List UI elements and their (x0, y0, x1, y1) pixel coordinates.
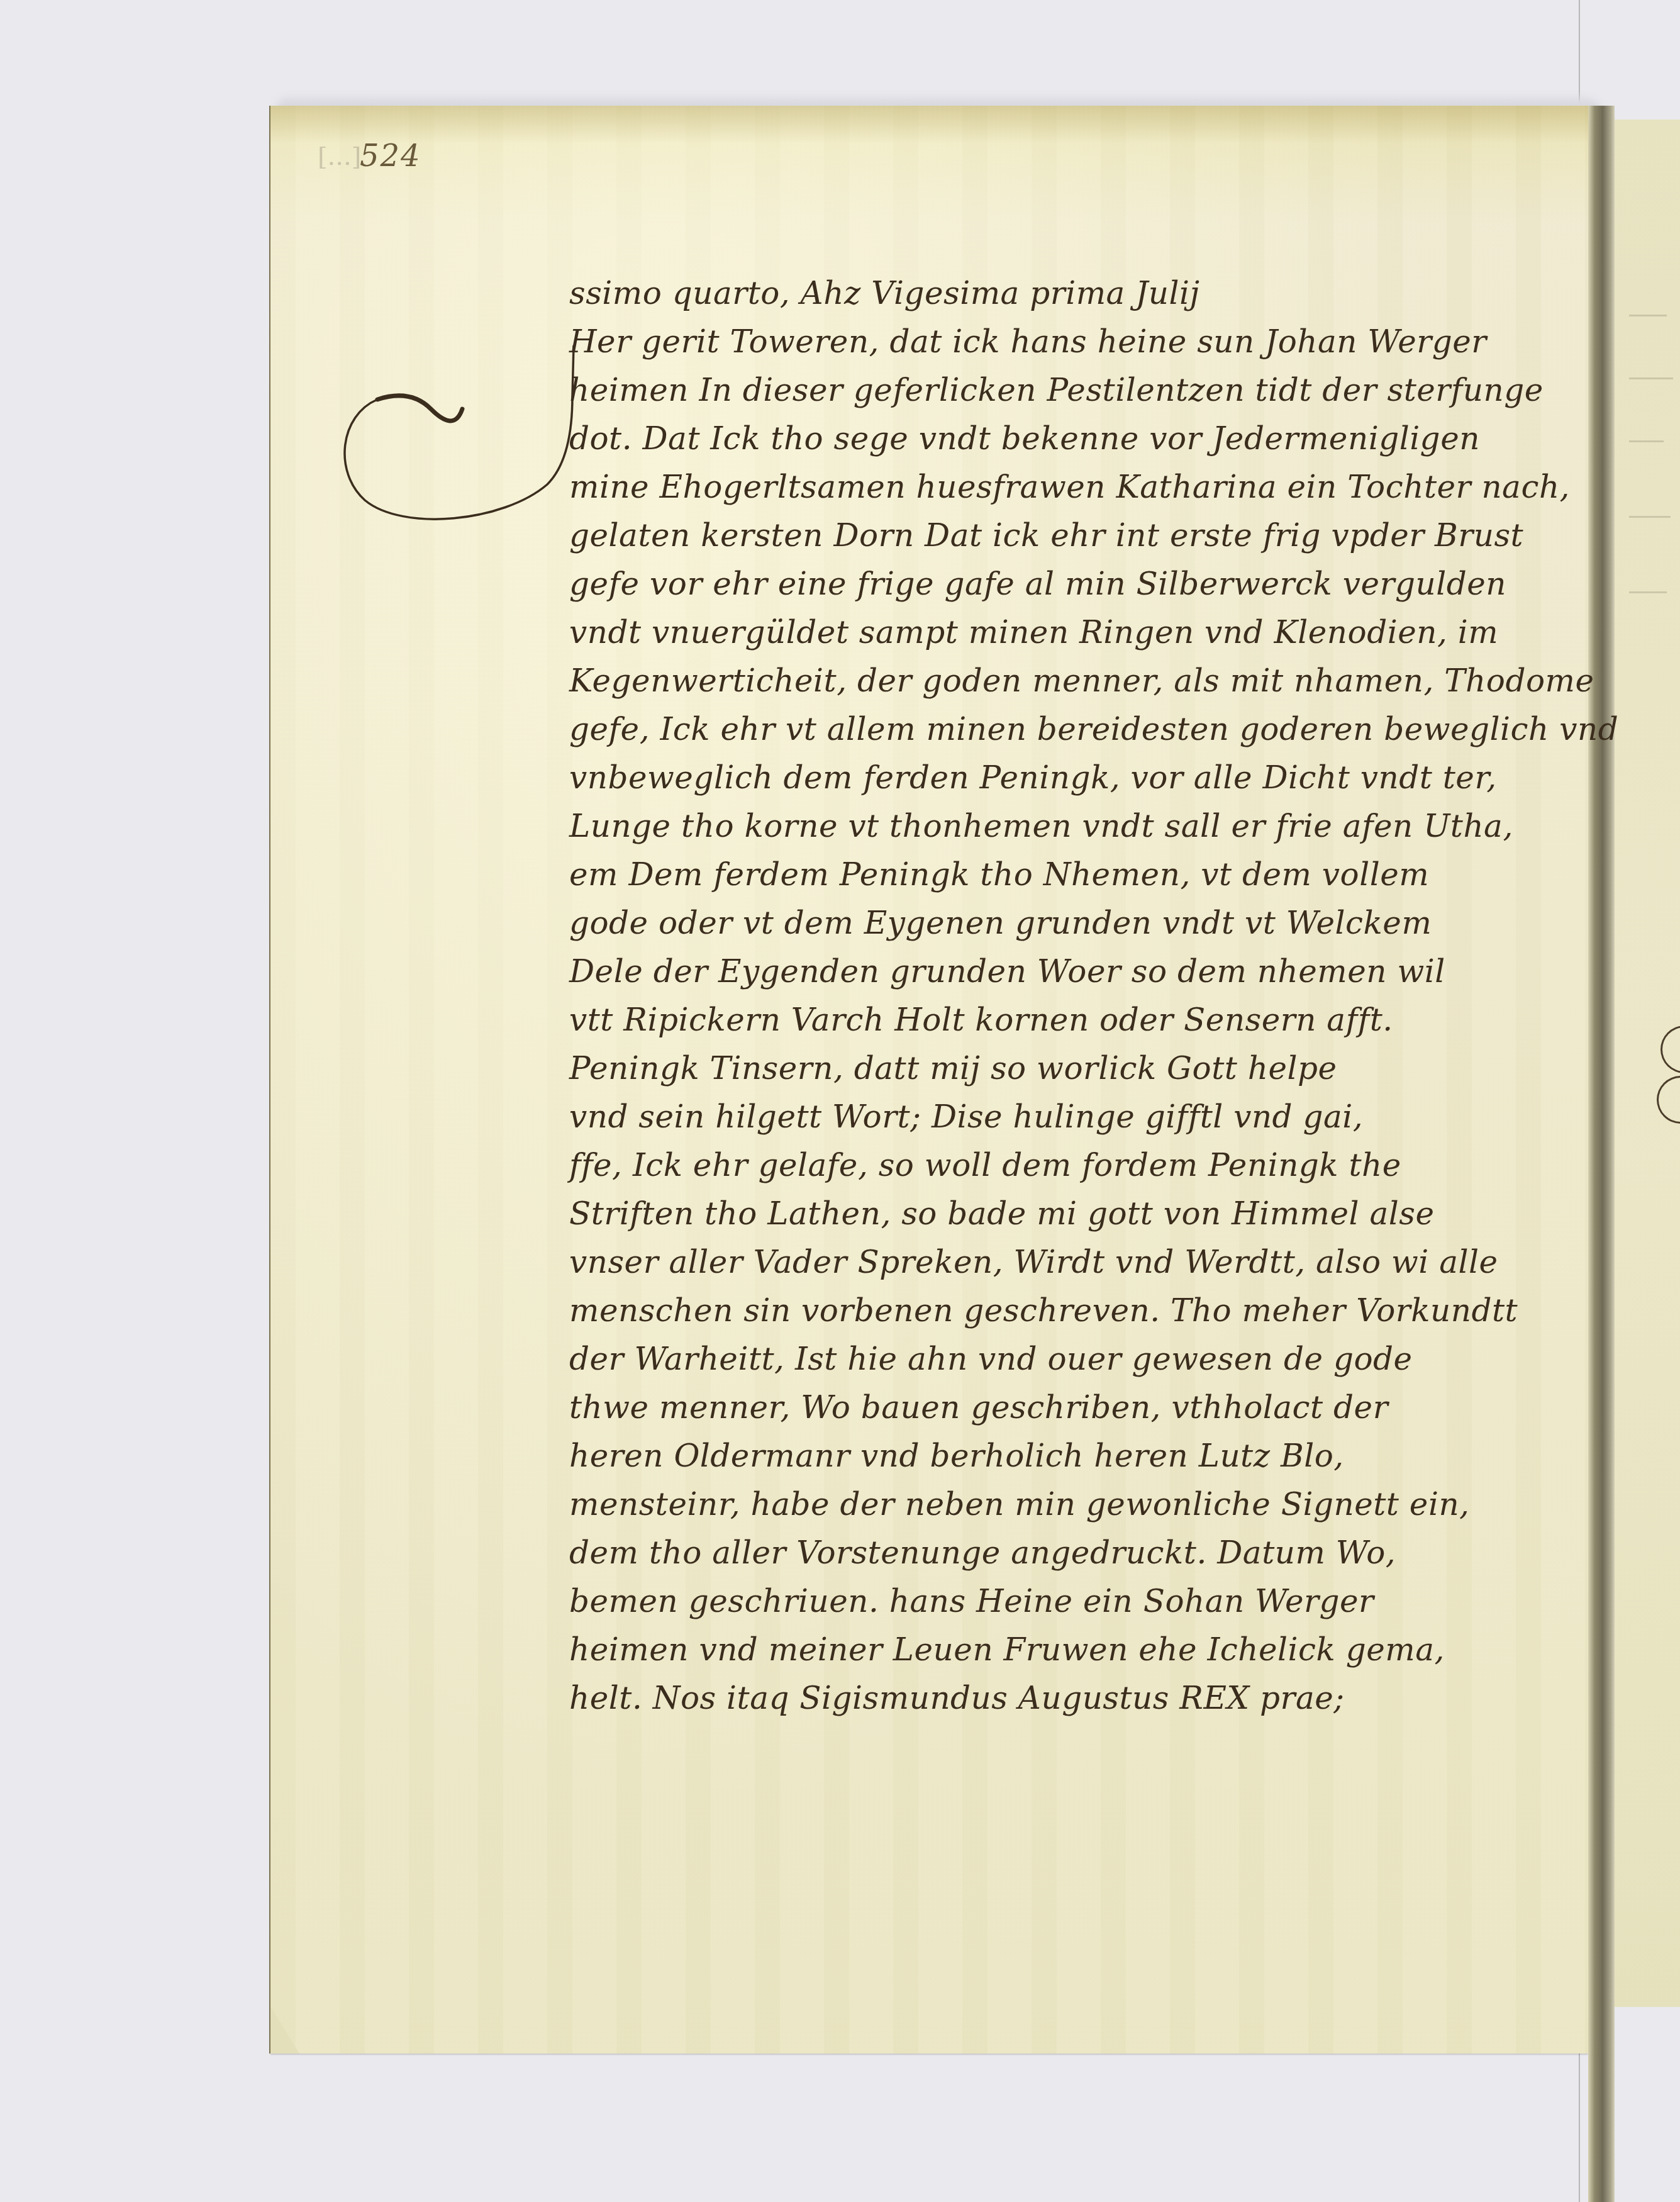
facing-page-ghost-text (1629, 377, 1673, 379)
text-line: em Dem ferdem Peningk tho Nhemen, vt dem… (569, 851, 1588, 899)
text-line: Lunge tho korne vt thonhemen vndt sall e… (569, 802, 1588, 851)
text-line: Her gerit Toweren, dat ick hans heine su… (569, 318, 1588, 366)
text-line: ffe, Ick ehr gelafe, so woll dem fordem … (569, 1141, 1588, 1190)
text-line: vnbeweglich dem ferden Peningk, vor alle… (569, 754, 1588, 802)
text-line: Striften tho Lathen, so bade mi gott von… (569, 1190, 1588, 1238)
facing-page-ghost-text (1629, 440, 1664, 442)
text-line: vnd sein hilgett Wort; Dise hulinge giff… (569, 1093, 1588, 1141)
text-line: Kegenwerticheit, der goden menner, als m… (569, 657, 1588, 705)
text-line: heimen In dieser geferlicken Pestilentze… (569, 366, 1588, 415)
text-line: vtt Ripickern Varch Holt kornen oder Sen… (569, 996, 1588, 1044)
text-line: ssimo quarto, Ahz Vigesima prima Julij (569, 269, 1588, 318)
folio-number: 524 (360, 138, 421, 174)
text-line: dot. Dat Ick tho sege vndt bekenne vor J… (569, 415, 1588, 463)
text-line: heren Oldermanr vnd berholich heren Lutz… (569, 1432, 1588, 1480)
text-line: heimen vnd meiner Leuen Fruwen ehe Ichel… (569, 1626, 1588, 1674)
facing-page-ghost-text (1629, 591, 1667, 593)
text-line: mensteinr, habe der neben min gewonliche… (569, 1480, 1588, 1529)
text-line: gefe vor ehr eine frige gafe al min Silb… (569, 560, 1588, 608)
text-line: mine Ehogerltsamen huesfrawen Katharina … (569, 463, 1588, 511)
text-line: vndt vnuergüldet sampt minen Ringen vnd … (569, 608, 1588, 657)
text-line: der Warheitt, Ist hie ahn vnd ouer gewes… (569, 1335, 1588, 1383)
text-line: dem tho aller Vorstenunge angedruckt. Da… (569, 1529, 1588, 1577)
faint-marginal-mark: [...] (318, 142, 361, 171)
manuscript-text: ssimo quarto, Ahz Vigesima prima Julij H… (569, 269, 1588, 1723)
text-line: Dele der Eygenden grunden Woer so dem nh… (569, 947, 1588, 996)
text-line: thwe menner, Wo bauen geschriben, vthhol… (569, 1383, 1588, 1432)
text-line: bemen geschriuen. hans Heine ein Sohan W… (569, 1577, 1588, 1626)
text-line: gelaten kersten Dorn Dat ick ehr int ers… (569, 511, 1588, 560)
book-gutter (1588, 106, 1615, 2202)
text-line: menschen sin vorbenen geschreven. Tho me… (569, 1287, 1588, 1335)
text-line: vnser aller Vader Spreken, Wirdt vnd Wer… (569, 1238, 1588, 1287)
text-line: gode oder vt dem Eygenen grunden vndt vt… (569, 899, 1588, 947)
text-line: helt. Nos itaq Sigismundus Augustus REX … (569, 1674, 1588, 1723)
facing-page-ghost-text (1629, 516, 1671, 518)
page-corner-fold (270, 2007, 299, 2054)
decorative-initial-v (327, 333, 591, 573)
text-line: Peningk Tinsern, datt mij so worlick Got… (569, 1044, 1588, 1093)
facing-page-ghost-text (1629, 315, 1667, 316)
text-line: gefe, Ick ehr vt allem minen bereidesten… (569, 705, 1588, 754)
